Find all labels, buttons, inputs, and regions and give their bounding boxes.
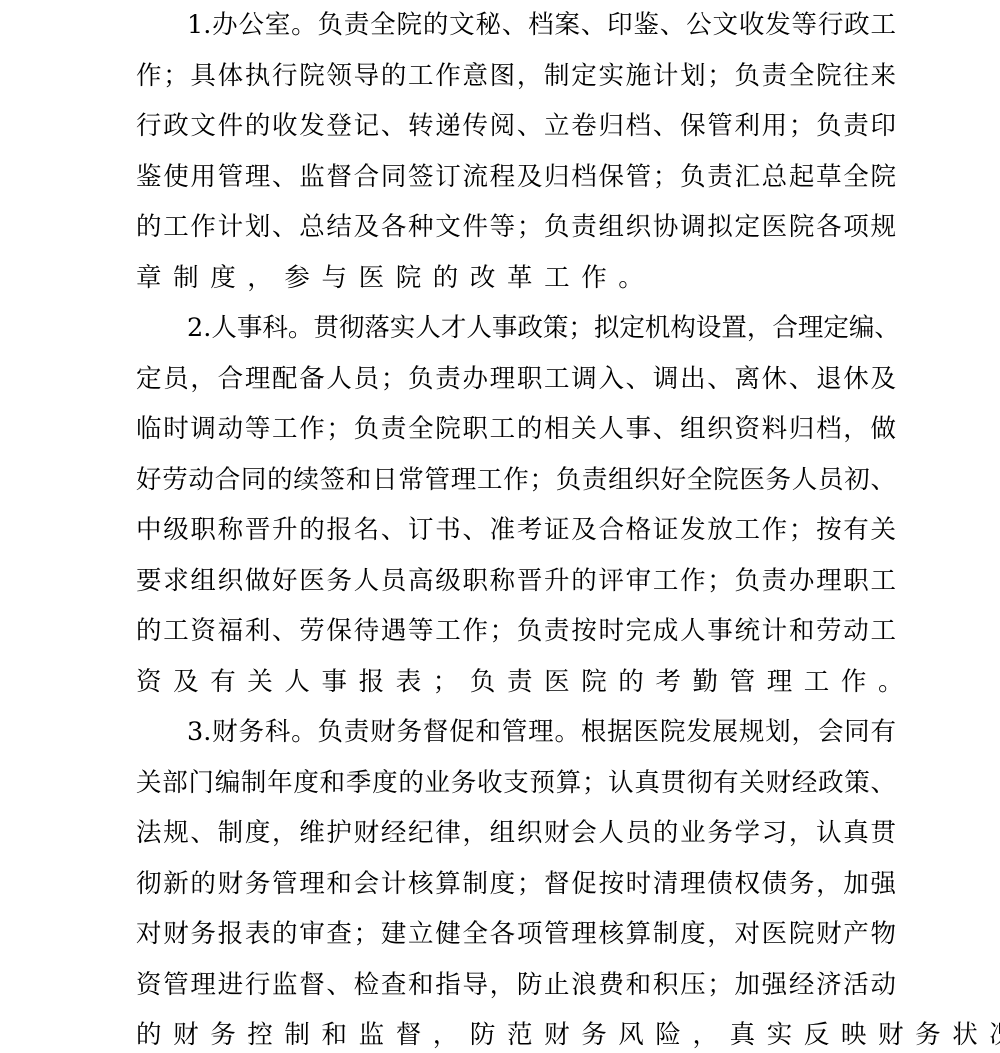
paragraph-personnel: 2.人事科。贯彻落实人才人事政策；拟定机构设置，合理定编、 定员，合理配备人员；… — [136, 303, 896, 707]
text-line: 中级职称晋升的报名、订书、准考证及合格证发放工作；按有关 — [136, 505, 896, 556]
text-line: 2.人事科。贯彻落实人才人事政策；拟定机构设置，合理定编、 — [187, 303, 896, 354]
text-line: 鉴使用管理、监督合同签订流程及归档保管；负责汇总起草全院 — [136, 152, 896, 203]
paragraph-finance: 3.财务科。负责财务督促和管理。根据医院发展规划，会同有 关部门编制年度和季度的… — [136, 707, 896, 1053]
paragraph-office: 1.办公室。负责全院的文秘、档案、印鉴、公文收发等行政工 作；具体执行院领导的工… — [136, 0, 896, 303]
text-line: 1.办公室。负责全院的文秘、档案、印鉴、公文收发等行政工 — [187, 0, 896, 51]
text-line: 法规、制度，维护财经纪律，组织财会人员的业务学习，认真贯 — [136, 808, 896, 859]
text-line: 行政文件的收发登记、转递传阅、立卷归档、保管利用；负责印 — [136, 101, 896, 152]
text-line: 作；具体执行院领导的工作意图，制定实施计划；负责全院往来 — [136, 51, 896, 102]
text-line: 资及有关人事报表；负责医院的考勤管理工作。 — [136, 657, 896, 708]
text-line: 资管理进行监督、检查和指导，防止浪费和积压；加强经济活动 — [136, 960, 896, 1011]
text-line: 的工作计划、总结及各种文件等；负责组织协调拟定医院各项规 — [136, 202, 896, 253]
text-line: 要求组织做好医务人员高级职称晋升的评审工作；负责办理职工 — [136, 556, 896, 607]
text-line: 对财务报表的审查；建立健全各项管理核算制度，对医院财产物 — [136, 909, 896, 960]
text-line: 的工资福利、劳保待遇等工作；负责按时完成人事统计和劳动工 — [136, 606, 896, 657]
document-page: 1.办公室。负责全院的文秘、档案、印鉴、公文收发等行政工 作；具体执行院领导的工… — [136, 0, 896, 1053]
text-line: 临时调动等工作；负责全院职工的相关人事、组织资料归档，做 — [136, 404, 896, 455]
text-line: 3.财务科。负责财务督促和管理。根据医院发展规划，会同有 — [187, 707, 896, 758]
text-line: 彻新的财务管理和会计核算制度；督促按时清理债权债务，加强 — [136, 859, 896, 910]
text-line: 好劳动合同的续签和日常管理工作；负责组织好全院医务人员初、 — [136, 455, 896, 506]
text-line: 章制度，参与医院的改革工作。 — [136, 253, 896, 304]
text-line: 关部门编制年度和季度的业务收支预算；认真贯彻有关财经政策、 — [136, 758, 896, 809]
text-line: 的财务控制和监督，防范财务风险，真实反映财务状况。 — [136, 1010, 896, 1053]
text-line: 定员，合理配备人员；负责办理职工调入、调出、离休、退休及 — [136, 354, 896, 405]
